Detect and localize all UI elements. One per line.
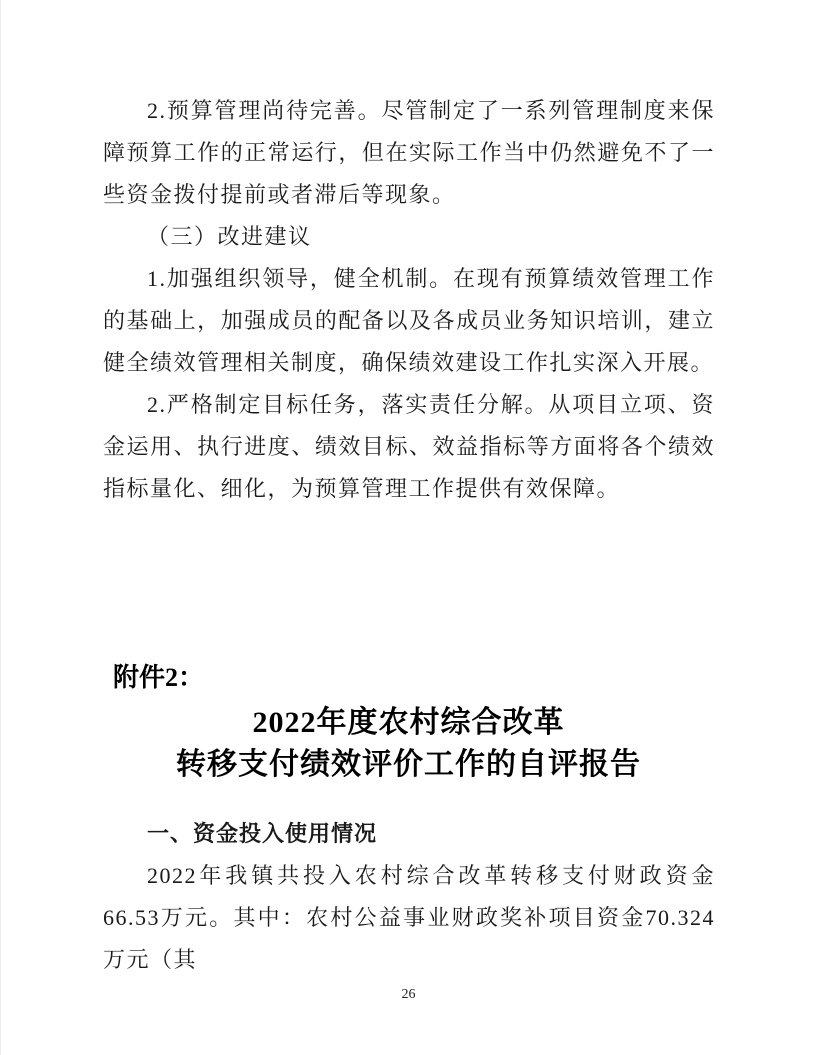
report-title-line1: 2022年度农村综合改革	[1, 702, 815, 744]
paragraph-strict-targets: 2.严格制定目标任务，落实责任分解。从项目立项、资金运用、执行进度、绩效目标、效…	[103, 384, 715, 510]
attachment-label: 附件2：	[113, 658, 204, 698]
report-title: 2022年度农村综合改革 转移支付绩效评价工作的自评报告	[1, 702, 815, 786]
paragraph-funds-invested: 2022年我镇共投入农村综合改革转移支付财政资金66.53万元。其中：农村公益事…	[103, 855, 715, 981]
section-funds-usage: 一、资金投入使用情况 2022年我镇共投入农村综合改革转移支付财政资金66.53…	[103, 813, 715, 981]
section-heading-funds-usage: 一、资金投入使用情况	[103, 813, 715, 855]
document-page: 2.预算管理尚待完善。尽管制定了一系列管理制度来保障预算工作的正常运行，但在实际…	[0, 0, 815, 1055]
report-title-line2: 转移支付绩效评价工作的自评报告	[1, 744, 815, 786]
paragraph-strengthen-leadership: 1.加强组织领导，健全机制。在现有预算绩效管理工作的基础上，加强成员的配备以及各…	[103, 258, 715, 384]
paragraph-budget-management: 2.预算管理尚待完善。尽管制定了一系列管理制度来保障预算工作的正常运行，但在实际…	[103, 90, 715, 216]
paragraph-improvement-suggestions-heading: （三）改进建议	[103, 216, 715, 258]
page-number: 26	[1, 986, 815, 1004]
body-text-block: 2.预算管理尚待完善。尽管制定了一系列管理制度来保障预算工作的正常运行，但在实际…	[103, 90, 715, 510]
